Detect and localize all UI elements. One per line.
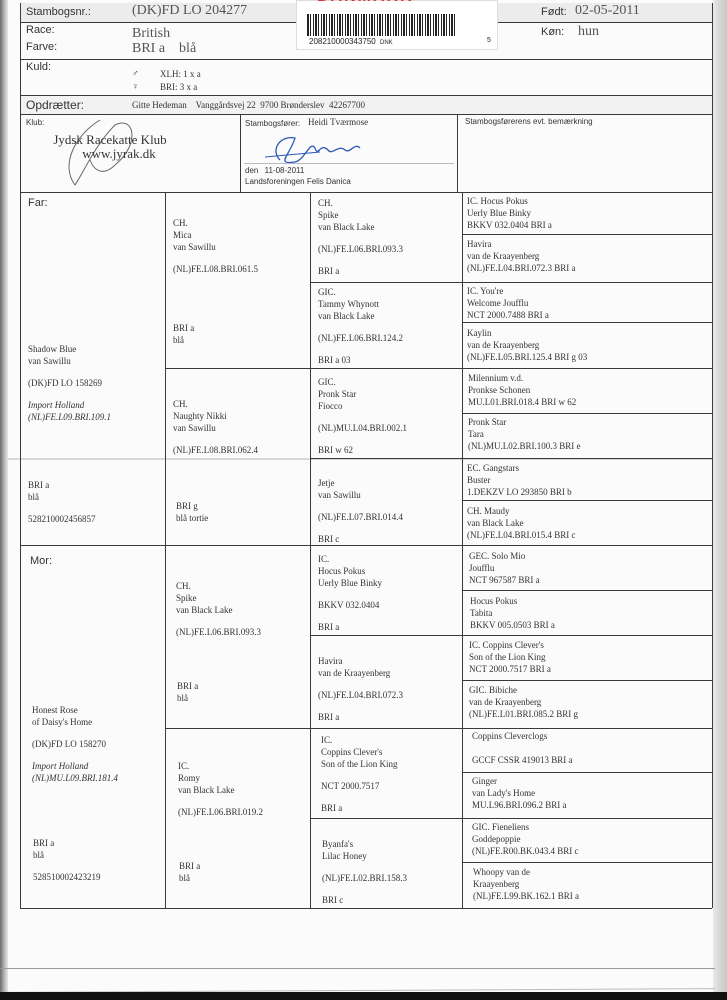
- opdraetter-label: Opdrætter:: [26, 98, 84, 112]
- great-great-grandparent: EC. Gangstars Buster 1.DEKZV LO 293850 B…: [467, 462, 572, 498]
- barcode-brand: DANMARK: [317, 0, 477, 3]
- great-great-grandparent: IC. Hocus Pokus Uerly Blue Binky BKKV 03…: [467, 195, 552, 231]
- great-grandparent: Havira van de Kraayenberg (NL)FE.L04.BRI…: [318, 643, 403, 723]
- mor-color: BRI a blå 528510002423219: [33, 837, 101, 883]
- great-grandparent: Byanfa's Lilac Honey (NL)FE.L02.BRI.158.…: [322, 826, 407, 906]
- barcode-digit: 5: [487, 37, 491, 44]
- male-icon: ♂: [132, 68, 139, 78]
- great-great-grandparent: IC. Coppins Clever's Son of the Lion Kin…: [469, 639, 551, 675]
- great-great-grandparent: IC. You're Welcome Joufflu NCT 2000.7488…: [467, 285, 549, 321]
- barcode-number: 208210000343750 DNK: [309, 37, 393, 46]
- foedt-label: Født:: [541, 6, 567, 18]
- great-grandparent: GIC. Tammy Whynott van Black Lake (NL)FE…: [318, 286, 403, 366]
- remark-label: Stambogsførerens evt. bemærkning: [465, 117, 593, 126]
- scan-edge-bottom: [0, 992, 727, 1000]
- grandparent-ff-color: BRI a blå: [173, 322, 194, 346]
- great-grandparent: IC. Coppins Clever's Son of the Lion Kin…: [321, 734, 398, 814]
- mor-info: Honest Rose of Daisy's Home (DK)FD LO 15…: [32, 704, 118, 784]
- great-great-grandparent: Kaylin van de Kraayenberg (NL)FE.L05.BRI…: [467, 327, 587, 363]
- great-great-grandparent: CH. Maudy van Black Lake (NL)FE.L04.BRI.…: [467, 505, 576, 541]
- great-great-grandparent: Havira van de Kraayenberg (NL)FE.L04.BRI…: [467, 238, 576, 274]
- female-icon: ♀: [132, 81, 139, 91]
- klub-label: Klub:: [26, 118, 44, 127]
- farve-label: Farve:: [26, 41, 57, 53]
- koen-value: hun: [578, 24, 599, 40]
- kuld-label: Kuld:: [26, 61, 51, 73]
- great-great-grandparent: Whoopy van de Kraayenberg (NL)FE.L99.BK.…: [473, 866, 579, 902]
- scan-edge-left: [0, 0, 8, 1000]
- race-label: Race:: [26, 24, 55, 36]
- grandparent-mf: CH. Spike van Black Lake (NL)FE.L06.BRI.…: [176, 580, 261, 638]
- grandparent-fm: CH. Naughty Nikki van Sawillu (NL)FE.L08…: [173, 398, 258, 456]
- grandparent-mm: IC. Romy van Black Lake (NL)FE.L06.BRI.0…: [178, 760, 263, 818]
- kuld-female: BRI: 3 x a: [160, 82, 197, 92]
- scan-edge-right: [713, 0, 727, 1000]
- great-grandparent: Jetje van Sawillu (NL)FE.L07.BRI.014.4 B…: [318, 465, 403, 545]
- opdraetter-value: Gitte Hedeman Vanggårdsvej 22 9700 Brønd…: [132, 100, 365, 110]
- far-color: BRI a blå 528210002456857: [28, 479, 96, 525]
- great-grandparent: IC. Hocus Pokus Uerly Blue Binky BKKV 03…: [318, 553, 382, 633]
- kuld-male: XLH: 1 x a: [160, 69, 201, 79]
- klub-stamp: Jydsk Racekatte Klub www.jyrak.dk: [40, 133, 180, 161]
- barcode-icon: [307, 14, 457, 36]
- stambogsforer-label: Stambogsfører:: [245, 119, 300, 128]
- stambogsforer-name: Heidi Tværmose: [308, 117, 368, 127]
- microchip-barcode-sticker: DANMARK 208210000343750 DNK 5: [296, 0, 498, 50]
- grandparent-mf-color: BRI a blå: [177, 680, 198, 704]
- mor-label: Mor:: [30, 555, 52, 567]
- stambogsforer-date: den 11-08-2011: [245, 166, 304, 175]
- race-value: British: [132, 26, 170, 42]
- grandparent-mm-color: BRI a blå: [179, 860, 200, 884]
- far-info: Shadow Blue van Sawillu (DK)FD LO 158269…: [28, 343, 111, 423]
- far-label: Far:: [28, 197, 48, 209]
- grandparent-fm-color: BRI g blå tortie: [176, 500, 208, 524]
- foedt-value: 02-05-2011: [575, 3, 640, 19]
- great-great-grandparent: Hocus Pokus Tabita BKKV 005.0503 BRI a: [470, 595, 555, 631]
- stambogsforer-org: Landsforeningen Felis Danica: [245, 177, 351, 186]
- great-grandparent: GIC. Pronk Star Fiocco (NL)MU.L04.BRI.00…: [318, 376, 407, 456]
- opdraetter-row: [20, 96, 712, 114]
- farve-value: BRI a blå: [132, 41, 196, 57]
- great-great-grandparent: Pronk Star Tara (NL)MU.L02.BRI.100.3 BRI…: [468, 416, 581, 452]
- great-great-grandparent: Ginger van Lady's Home MU.L96.BRI.096.2 …: [472, 775, 567, 811]
- sheet-edge: [0, 968, 715, 969]
- great-great-grandparent: GEC. Solo Mio Joufflu NCT 967587 BRI a: [469, 550, 540, 586]
- stambogsnr-label: Stambogsnr.:: [26, 6, 91, 18]
- koen-label: Køn:: [541, 26, 564, 38]
- signature-icon: [260, 130, 370, 170]
- great-great-grandparent: Milennium v.d. Pronkse Schonen MU.L01.BR…: [468, 372, 576, 408]
- great-grandparent: CH. Spike van Black Lake (NL)FE.L06.BRI.…: [318, 197, 403, 277]
- great-great-grandparent: GIC. Bibiche van de Kraayenberg (NL)FE.L…: [469, 684, 578, 720]
- stambogsnr-value: (DK)FD LO 204277: [132, 3, 247, 19]
- grandparent-ff: CH. Mica van Sawillu (NL)FE.L08.BRI.061.…: [173, 217, 258, 275]
- great-great-grandparent: Coppins Cleverclogs GCCF CSSR 419013 BRI…: [472, 730, 573, 766]
- great-great-grandparent: GIC. Fieneliens Goddepoppie (NL)FE.R00.B…: [472, 821, 579, 857]
